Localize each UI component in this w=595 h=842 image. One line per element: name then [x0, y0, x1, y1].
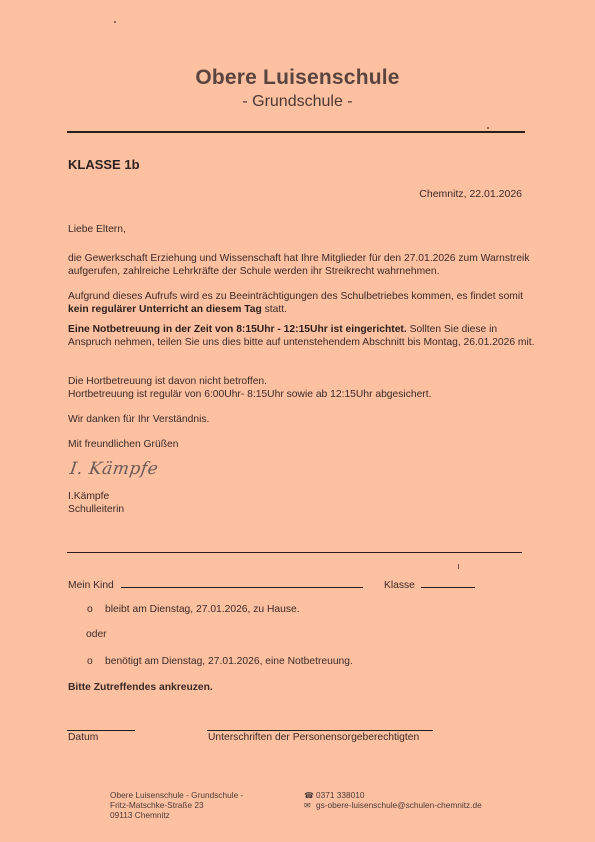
child-label: Mein Kind — [68, 580, 114, 591]
class-label: Klasse — [384, 580, 415, 591]
handwritten-signature: I. Kämpfe — [69, 459, 160, 479]
instruction: Bitte Zutreffendes ankreuzen. — [68, 682, 213, 695]
p2-text-b: statt. — [262, 304, 287, 315]
guardian-signature-label: Unterschriften der Personensorgeberechti… — [208, 732, 419, 745]
class-row: Klasse — [384, 580, 475, 593]
footer-email-row: ✉gs-obere-luisenschule@schulen-chemnitz.… — [304, 801, 482, 811]
class-field[interactable] — [421, 587, 475, 588]
guardian-signature-line[interactable] — [207, 730, 433, 731]
header-divider — [67, 131, 525, 133]
paragraph-emergency-care: Eine Notbetreuung in der Zeit von 8:15Uh… — [68, 324, 538, 349]
date-signature-line[interactable] — [67, 730, 135, 731]
p2-text-a: Aufgrund dieses Aufrufs wird es zu Beein… — [68, 291, 523, 302]
school-subtitle: - Grundschule - — [0, 93, 595, 111]
signatory-block: I.Kämpfe Schulleiterin — [68, 491, 124, 516]
scan-speck — [114, 21, 116, 23]
paragraph-strike-notice: die Gewerkschaft Erziehung und Wissensch… — [68, 253, 538, 278]
closing: Mit freundlichen Grüßen — [68, 439, 538, 452]
option-stay-home-label: bleibt am Dienstag, 27.01.2026, zu Hause… — [105, 604, 300, 615]
footer-phone: 0371 338010 — [316, 790, 364, 800]
paragraph-no-lessons: Aufgrund dieses Aufrufs wird es zu Beein… — [68, 291, 538, 316]
instruction-text: Bitte Zutreffendes ankreuzen. — [68, 682, 213, 693]
option-emergency-care[interactable]: obenötigt am Dienstag, 27.01.2026, eine … — [87, 656, 353, 667]
p2-bold: kein regulärer Unterricht an diesem Tag — [68, 304, 262, 315]
school-name: Obere Luisenschule — [0, 66, 595, 90]
child-name-field[interactable] — [121, 587, 363, 588]
checkbox-bullet[interactable]: o — [87, 604, 105, 615]
p3-bold: Eine Notbetreuung in der Zeit von 8:15Uh… — [68, 324, 407, 335]
option-stay-home[interactable]: obleibt am Dienstag, 27.01.2026, zu Haus… — [87, 604, 300, 615]
cut-divider — [67, 552, 522, 553]
child-name-row: Mein Kind — [68, 580, 363, 593]
paragraph-after-school-care: Die Hortbetreuung ist davon nicht betrof… — [68, 376, 538, 401]
or-label: oder — [86, 629, 107, 642]
scan-speck — [458, 564, 459, 569]
footer-address: Obere Luisenschule - Grundschule - Fritz… — [110, 791, 243, 820]
option-emergency-care-label: benötigt am Dienstag, 27.01.2026, eine N… — [105, 656, 353, 667]
p4-line2: Hortbetreuung ist regulär von 6:00Uhr- 8… — [68, 389, 538, 402]
checkbox-bullet[interactable]: o — [87, 656, 105, 667]
class-heading: KLASSE 1b — [68, 157, 140, 172]
footer-address-line3: 09113 Chemnitz — [110, 811, 243, 821]
date-label: Datum — [68, 732, 98, 745]
footer-contact: ☎0371 338010 ✉gs-obere-luisenschule@schu… — [304, 791, 482, 811]
email-icon: ✉ — [304, 801, 316, 811]
p4-line1: Die Hortbetreuung ist davon nicht betrof… — [68, 376, 538, 389]
signatory-role: Schulleiterin — [68, 504, 124, 517]
footer-email[interactable]: gs-obere-luisenschule@schulen-chemnitz.d… — [316, 800, 482, 810]
date-line: Chemnitz, 22.01.2026 — [419, 188, 522, 200]
signatory-name: I.Kämpfe — [68, 491, 124, 504]
paragraph-thanks: Wir danken für Ihr Verständnis. — [68, 414, 538, 427]
phone-icon: ☎ — [304, 791, 316, 801]
scan-speck — [487, 127, 489, 129]
salutation: Liebe Eltern, — [68, 224, 538, 237]
